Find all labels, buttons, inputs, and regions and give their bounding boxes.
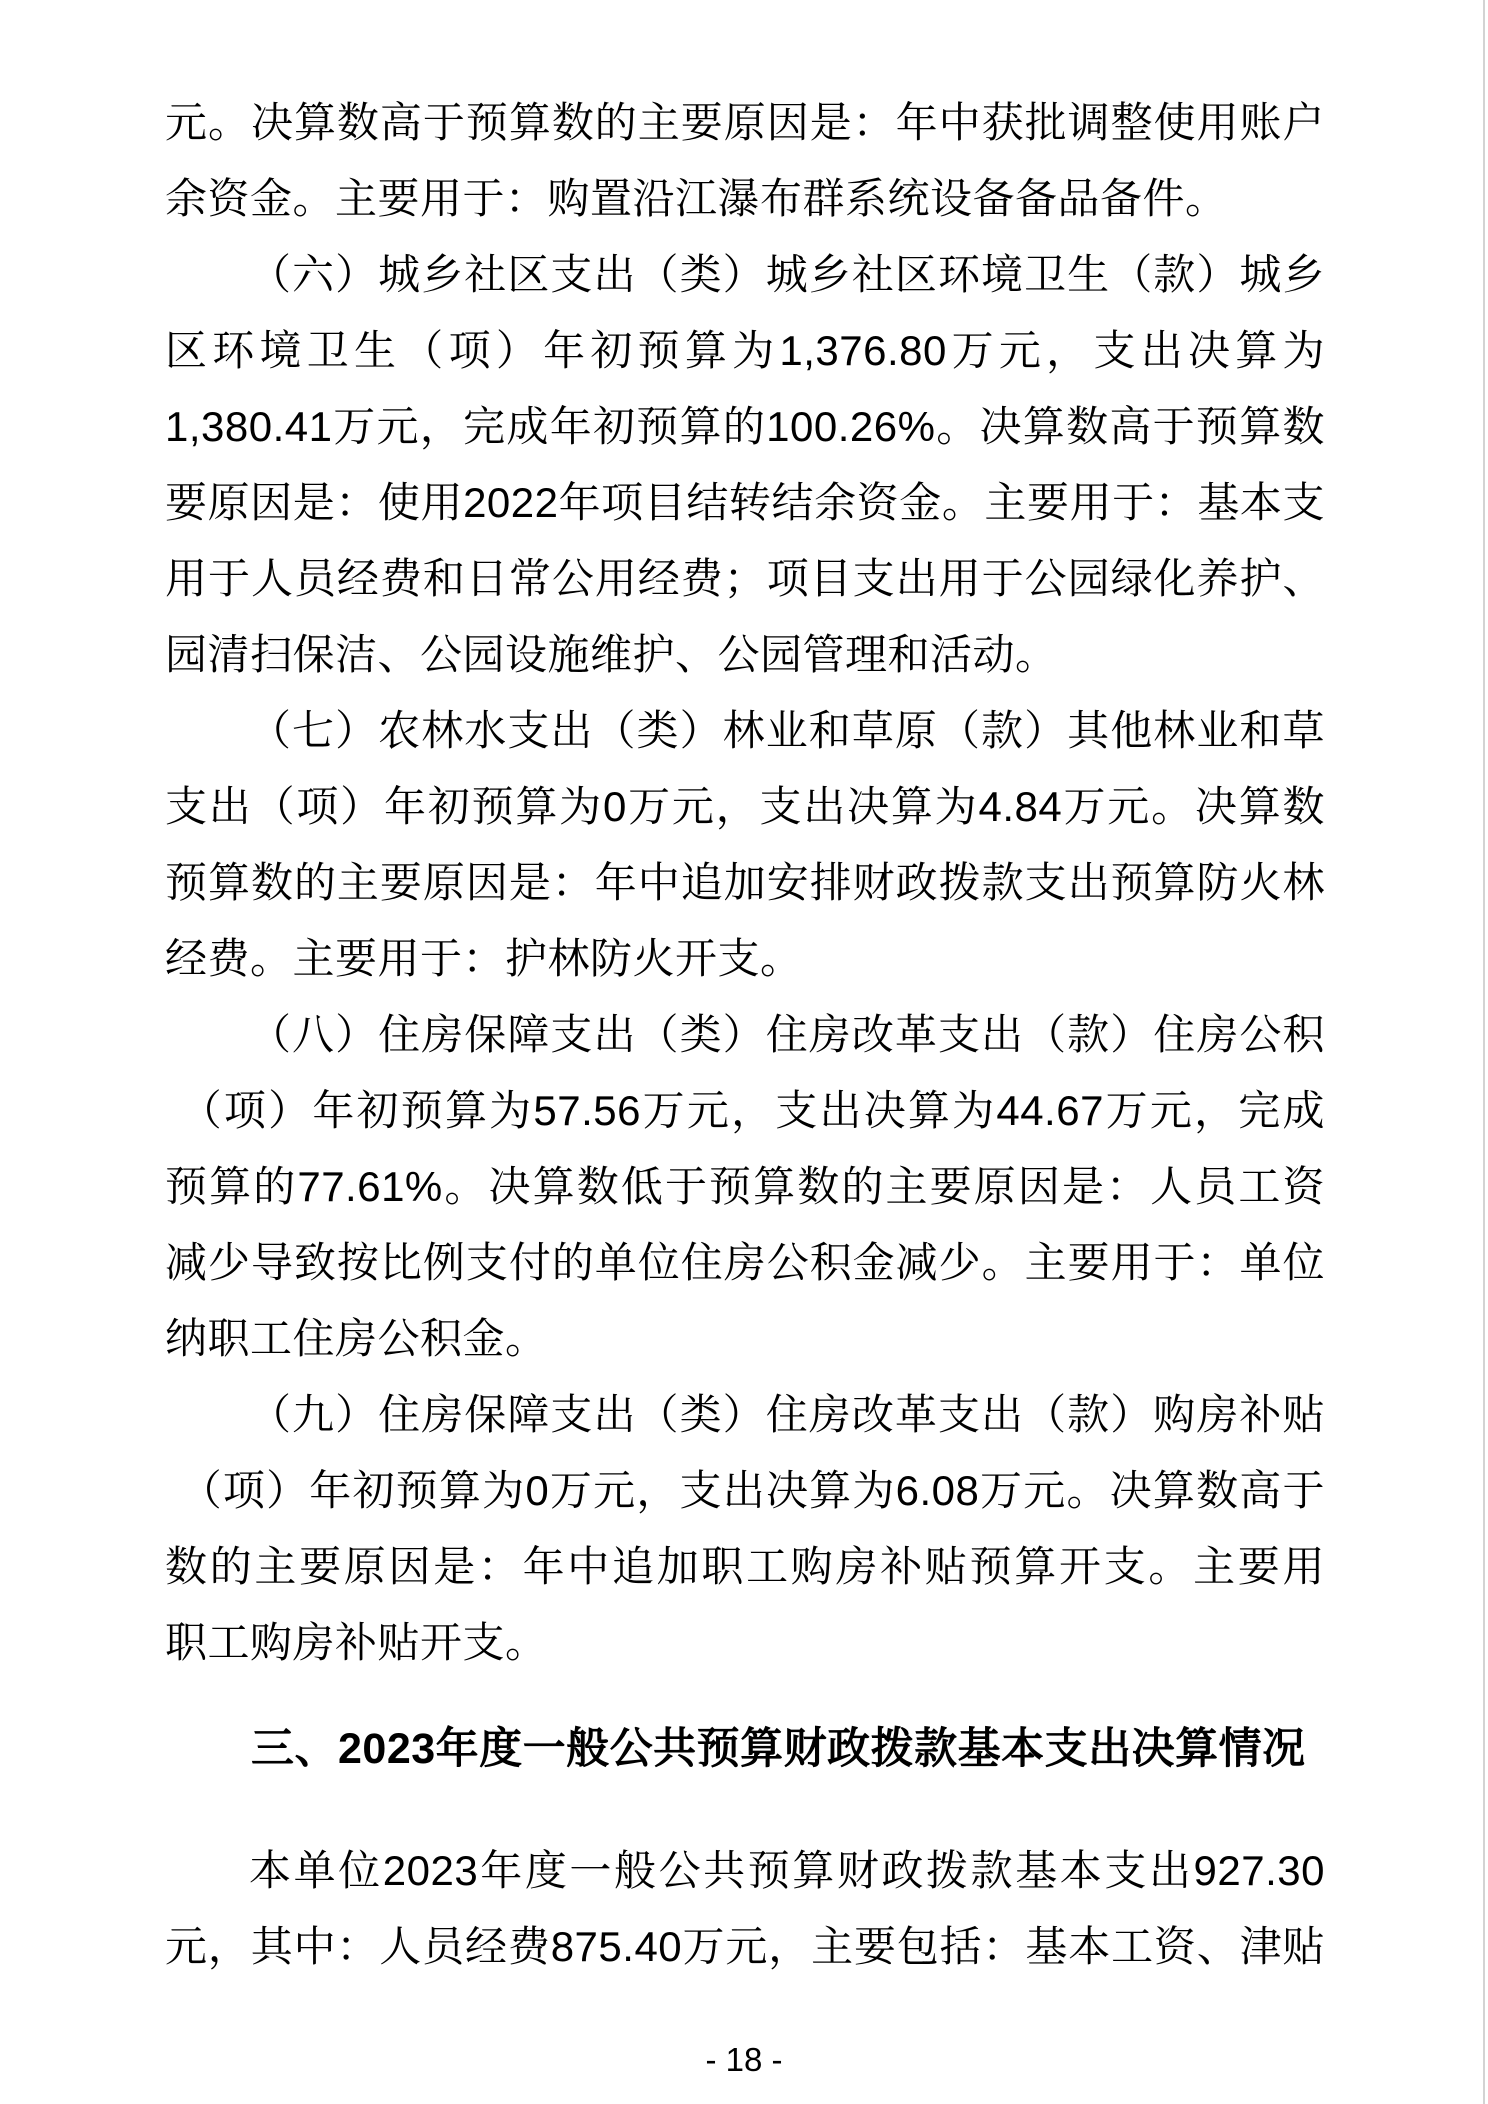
- text-line: （七）农林水支出（类）林业和草原（款）其他林业和草原: [165, 693, 1325, 769]
- text-line: （项）年初预算为0万元，支出决算为6.08万元。决算数高于预算: [165, 1453, 1325, 1529]
- text-line: （九）住房保障支出（类）住房改革支出（款）购房补贴: [165, 1377, 1325, 1453]
- text-line: 1,380.41万元，完成年初预算的100.26%。决算数高于预算数的主: [165, 389, 1325, 465]
- section-heading: 三、2023年度一般公共预算财政拨款基本支出决算情况: [165, 1711, 1325, 1787]
- text-line: 元，其中：人员经费875.40万元，主要包括：基本工资、津贴补: [165, 1909, 1325, 1985]
- text-line: （八）住房保障支出（类）住房改革支出（款）住房公积金: [165, 997, 1325, 1073]
- text-line: 减少导致按比例支付的单位住房公积金减少。主要用于：单位缴: [165, 1225, 1325, 1301]
- text-line: 预算的77.61%。决算数低于预算数的主要原因是：人员工资总额: [165, 1149, 1325, 1225]
- text-line: 区环境卫生（项）年初预算为1,376.80万元，支出决算为: [165, 313, 1325, 389]
- text-line: 本单位2023年度一般公共预算财政拨款基本支出927.30万: [165, 1833, 1325, 1909]
- document-page: 元。决算数高于预算数的主要原因是：年中获批调整使用账户结余资金。主要用于：购置沿…: [0, 0, 1488, 2104]
- text-line: 预算数的主要原因是：年中追加安排财政拨款支出预算防火林带: [165, 845, 1325, 921]
- text-line: （六）城乡社区支出（类）城乡社区环境卫生（款）城乡社: [165, 237, 1325, 313]
- text-line: 数的主要原因是：年中追加职工购房补贴预算开支。主要用于：: [165, 1529, 1325, 1605]
- text-line: 职工购房补贴开支。: [165, 1605, 1325, 1681]
- text-line: 元。决算数高于预算数的主要原因是：年中获批调整使用账户结: [165, 85, 1325, 161]
- text-line: （项）年初预算为57.56万元，支出决算为44.67万元，完成年初: [165, 1073, 1325, 1149]
- page-number: - 18 -: [0, 2038, 1488, 2082]
- text-line: 园清扫保洁、公园设施维护、公园管理和活动。: [165, 617, 1325, 693]
- text-line: 经费。主要用于：护林防火开支。: [165, 921, 1325, 997]
- text-line: 要原因是：使用2022年项目结转结余资金。主要用于：基本支出: [165, 465, 1325, 541]
- text-line: 纳职工住房公积金。: [165, 1301, 1325, 1377]
- text-line: 支出（项）年初预算为0万元，支出决算为4.84万元。决算数高于: [165, 769, 1325, 845]
- text-line: 用于人员经费和日常公用经费；项目支出用于公园绿化养护、公: [165, 541, 1325, 617]
- document-body: 元。决算数高于预算数的主要原因是：年中获批调整使用账户结余资金。主要用于：购置沿…: [165, 85, 1325, 1985]
- text-line: 余资金。主要用于：购置沿江瀑布群系统设备备品备件。: [165, 161, 1325, 237]
